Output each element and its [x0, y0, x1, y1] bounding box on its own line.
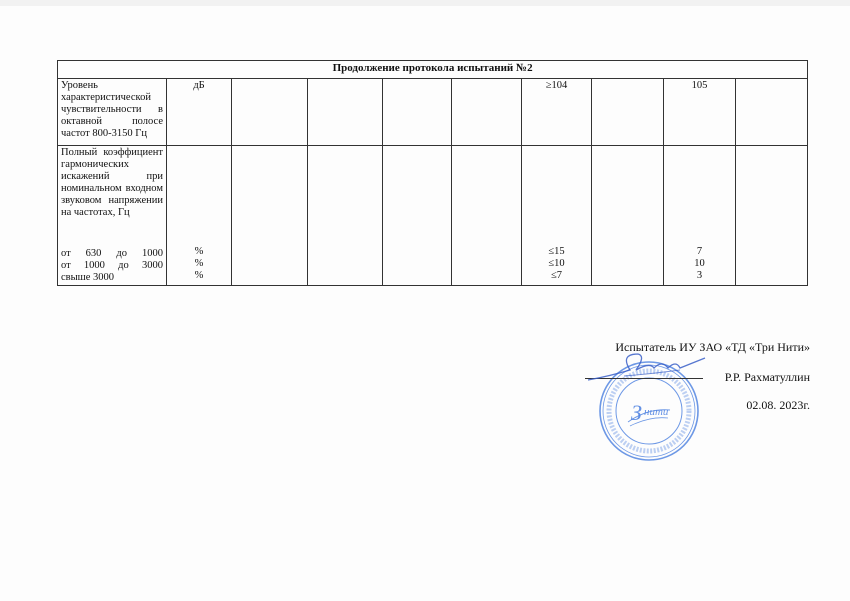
empty-cell	[383, 146, 452, 286]
requirement-cell: ≤15 ≤10 ≤7	[522, 146, 592, 286]
requirement-value: ≤10	[525, 258, 588, 270]
signature-line	[585, 378, 703, 379]
requirement-cell: ≥104	[522, 79, 592, 146]
result-cell: 7 10 3	[664, 146, 736, 286]
unit-value: %	[170, 258, 228, 270]
empty-cell	[592, 146, 664, 286]
empty-cell	[308, 146, 383, 286]
page-edge	[0, 0, 850, 6]
svg-text:З: З	[631, 400, 642, 425]
unit-value: %	[170, 246, 228, 258]
empty-cell	[232, 79, 308, 146]
empty-cell	[736, 79, 808, 146]
parameter-text: Полный коэффициент гармонических искажен…	[61, 147, 163, 219]
empty-cell	[592, 79, 664, 146]
result-cell: 105	[664, 79, 736, 146]
empty-cell	[452, 146, 522, 286]
svg-text:нити: нити	[644, 406, 669, 418]
empty-cell	[736, 146, 808, 286]
unit-cell: % % %	[167, 146, 232, 286]
sub-item-label: от 630 до 1000	[61, 248, 163, 260]
protocol-table: Продолжение протокола испытаний №2 Урове…	[57, 60, 808, 286]
parameter-cell: Уровень характеристической чувствительно…	[58, 79, 167, 146]
sub-item-label: от 1000 до 3000	[61, 260, 163, 272]
parameter-cell: Полный коэффициент гармонических искажен…	[58, 146, 167, 286]
signature-date: 02.08. 2023г.	[746, 398, 810, 413]
table-title: Продолжение протокола испытаний №2	[58, 61, 808, 79]
signer-position: Испытатель ИУ ЗАО «ТД «Три Нити»	[615, 340, 810, 355]
empty-cell	[383, 79, 452, 146]
table-row: Полный коэффициент гармонических искажен…	[58, 146, 808, 286]
stamp-icon: З нити	[598, 360, 700, 462]
table-row: Уровень характеристической чувствительно…	[58, 79, 808, 146]
signer-name: Р.Р. Рахматуллин	[725, 370, 810, 385]
unit-value: %	[170, 270, 228, 282]
result-value: 10	[667, 258, 732, 270]
result-value: 7	[667, 246, 732, 258]
requirement-value: ≤7	[525, 270, 588, 282]
empty-cell	[452, 79, 522, 146]
requirement-value: ≤15	[525, 246, 588, 258]
empty-cell	[308, 79, 383, 146]
sub-item-label: свыше 3000	[61, 272, 163, 284]
unit-cell: дБ	[167, 79, 232, 146]
empty-cell	[232, 146, 308, 286]
result-value: 3	[667, 270, 732, 282]
